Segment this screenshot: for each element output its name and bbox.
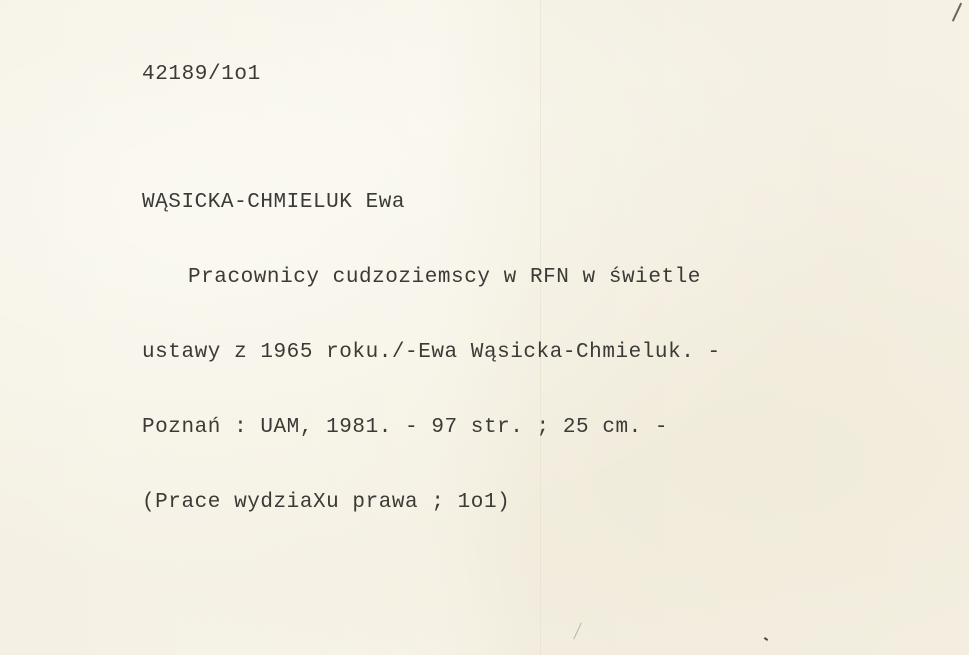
title-line: Pracownicy cudzoziemscy w RFN w świetle <box>142 265 721 290</box>
bibliographic-entry: WĄSICKA-CHMIELUK Ewa Pracownicy cudzozie… <box>142 140 721 565</box>
author-heading: WĄSICKA-CHMIELUK Ewa <box>142 190 721 215</box>
publication-line: Poznań : UAM, 1981. - 97 str. ; 25 cm. - <box>142 415 721 440</box>
faint-pencil-mark <box>573 623 582 640</box>
entry-line: ustawy z 1965 roku./-Ewa Wąsicka-Chmielu… <box>142 340 721 365</box>
series-line: (Prace wydziaXu prawa ; 1o1) <box>142 490 721 515</box>
ink-speck <box>764 637 768 641</box>
call-number: 42189/1o1 <box>142 63 261 86</box>
catalog-card: 42189/1o1 WĄSICKA-CHMIELUK Ewa Pracownic… <box>0 0 969 655</box>
pencil-mark <box>951 3 961 22</box>
